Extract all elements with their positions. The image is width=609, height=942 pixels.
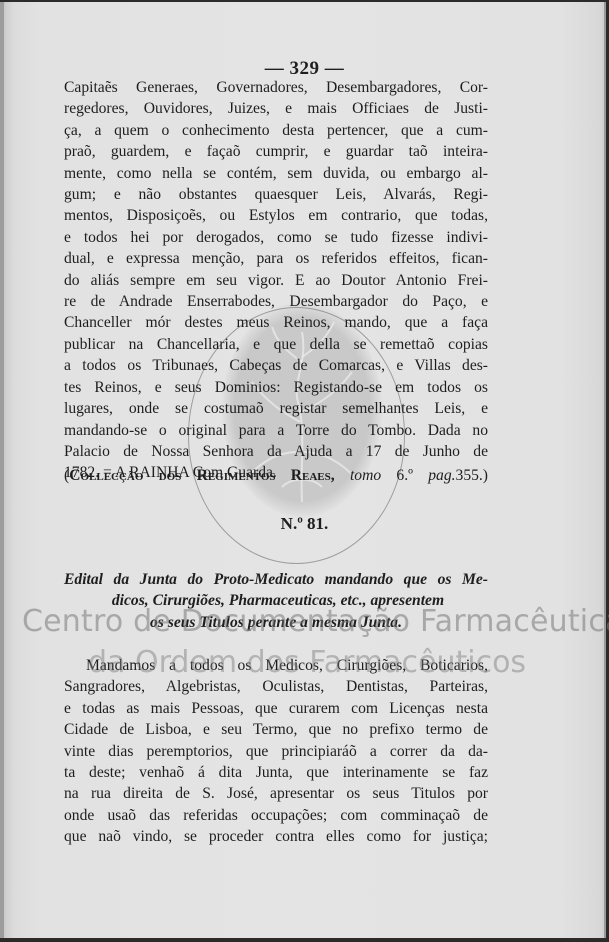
text-line: lugares, onde se costumaõ registar semel… xyxy=(64,398,488,419)
text-line: vinte dias peremptorios, que principiará… xyxy=(64,741,488,762)
watermark-line-2: da Ordem dos Farmacêuticos xyxy=(88,645,526,680)
text-line: mente, como nella se contém, sem duvida,… xyxy=(64,163,488,184)
citation-pag-value: 355.) xyxy=(456,467,488,484)
paragraph-edital: Mandamos a todos os Medicos, Cirurgiões,… xyxy=(64,655,488,848)
text-line: na rua direita de S. José, apresentar os… xyxy=(64,783,488,804)
text-line: onde usaõ das referidas occupações; com … xyxy=(64,805,488,826)
text-line: regedores, Ouvidores, Juizes, e mais Off… xyxy=(64,98,488,119)
text-line: tes Reinos, e seus Dominios: Registando-… xyxy=(64,377,488,398)
text-line: Cidade de Lisboa, e seu Termo, que no pr… xyxy=(64,719,488,740)
text-line: e todas as mais Pessoas, que curarem com… xyxy=(64,698,488,719)
page-binding-edge xyxy=(0,2,4,938)
text-line: ça, a quem o conhecimento desta pertence… xyxy=(64,120,488,141)
text-line: Palacio de Nossa Senhora da Ajuda a 17 d… xyxy=(64,441,488,462)
text-line: Chanceller mór destes meus Reinos, mando… xyxy=(64,312,488,333)
text-line: a todos os Tribunaes, Cabeças de Comarca… xyxy=(64,355,488,376)
source-citation: (Collecção dos Regimentos Reaes, tomo 6.… xyxy=(64,467,488,485)
title-line: Edital da Junta do Proto-Medicato mandan… xyxy=(64,569,488,590)
citation-collection: Collecção dos Regimentos Reaes, xyxy=(69,467,334,484)
entry-number-heading: N.º 81. xyxy=(0,514,609,534)
text-line: publicar na Chancellaria, e que della se… xyxy=(64,334,488,355)
text-line: mentos, Disposiçoẽs, ou Estylos em contr… xyxy=(64,205,488,226)
watermark-line-1: Centro de Documentação Farmacêutica xyxy=(22,604,602,639)
citation-tomo-label: tomo xyxy=(350,467,381,484)
text-line: ta deste; venhaõ á dita Junta, que inter… xyxy=(64,762,488,783)
text-line: dual, e expressa menção, para os referid… xyxy=(64,248,488,269)
text-line: re de Andrade Enserrabodes, Desembargado… xyxy=(64,291,488,312)
paragraph-royal-decree: Capitaẽs Generaes, Governadores, Desemba… xyxy=(64,77,488,484)
text-line: Capitaẽs Generaes, Governadores, Desemba… xyxy=(64,77,488,98)
text-line: mandando-se o original para a Torre do T… xyxy=(64,420,488,441)
citation-pag-label: pag. xyxy=(428,467,455,484)
text-line: e todos hei por derogados, como se tudo … xyxy=(64,227,488,248)
text-line: que naõ vindo, se proceder contra elles … xyxy=(64,826,488,847)
text-line: gum; e não obstantes quaesquer Leis, Alv… xyxy=(64,184,488,205)
book-page: — 329 — Capitaẽs Generaes, Governadores,… xyxy=(0,2,606,938)
text-line: praõ, guardem, e façaõ cumprir, e guarda… xyxy=(64,141,488,162)
text-line: do aliás sempre em seu vigor. E ao Douto… xyxy=(64,270,488,291)
citation-tomo-value: 6.º xyxy=(396,467,413,484)
